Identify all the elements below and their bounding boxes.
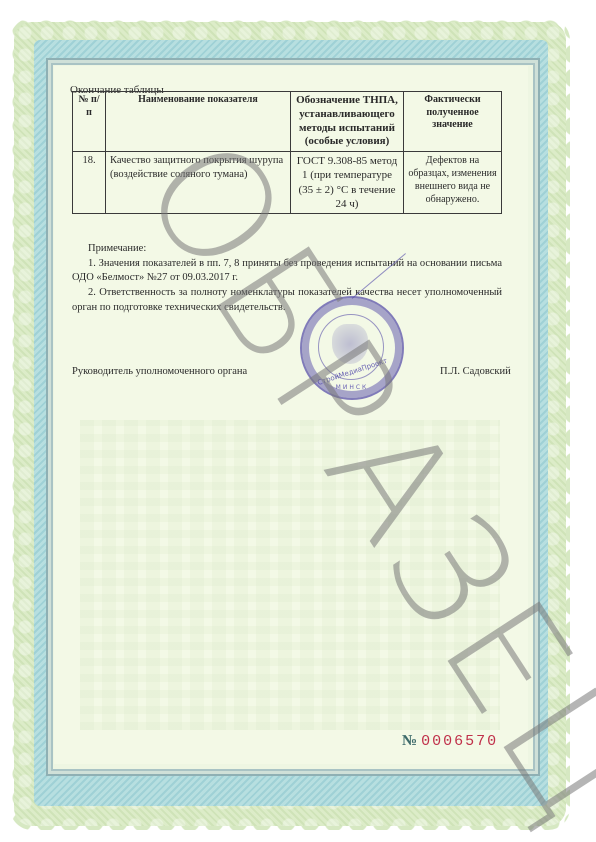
building-background-image [80,420,500,730]
indicators-table: № п/п Наименование показателя Обозначени… [72,91,502,214]
table-header-row: № п/п Наименование показателя Обозначени… [73,92,502,152]
header-indicator-name: Наименование показателя [106,92,291,152]
note-item: 2. Ответственность за полноту номенклату… [72,286,502,315]
notes-section: Примечание: 1. Значения показателей в пп… [72,242,502,315]
serial-number: №0006570 [402,733,498,750]
header-actual-value: Фактически полученное значение [404,92,502,152]
header-number: № п/п [73,92,106,152]
notes-heading: Примечание: [72,242,502,257]
note-item: 1. Значения показателей в пп. 7, 8 приня… [72,257,502,286]
serial-prefix: № [402,733,417,749]
row-actual-value: Дефектов на образцах, изменения внешнего… [404,152,502,214]
signatory-role: Руководитель уполномоченного органа [72,366,247,377]
coat-of-arms-icon [332,324,368,364]
row-indicator-name: Качество защитного покрытия шурупа (возд… [106,152,291,214]
row-test-method: ГОСТ 9.308-85 метод 1 (при температуре (… [291,152,404,214]
table-row: 18. Качество защитного покрытия шурупа (… [73,152,502,214]
signatory-name: П.Л. Садовский [440,366,511,377]
stamp-city: МИНСК [332,384,372,391]
row-number: 18. [73,152,106,214]
official-stamp: СтройМедиаПроект МИНСК [300,296,404,400]
header-test-method: Обозначение ТНПА, устанавливающего метод… [291,92,404,152]
serial-digits: 0006570 [421,733,498,750]
